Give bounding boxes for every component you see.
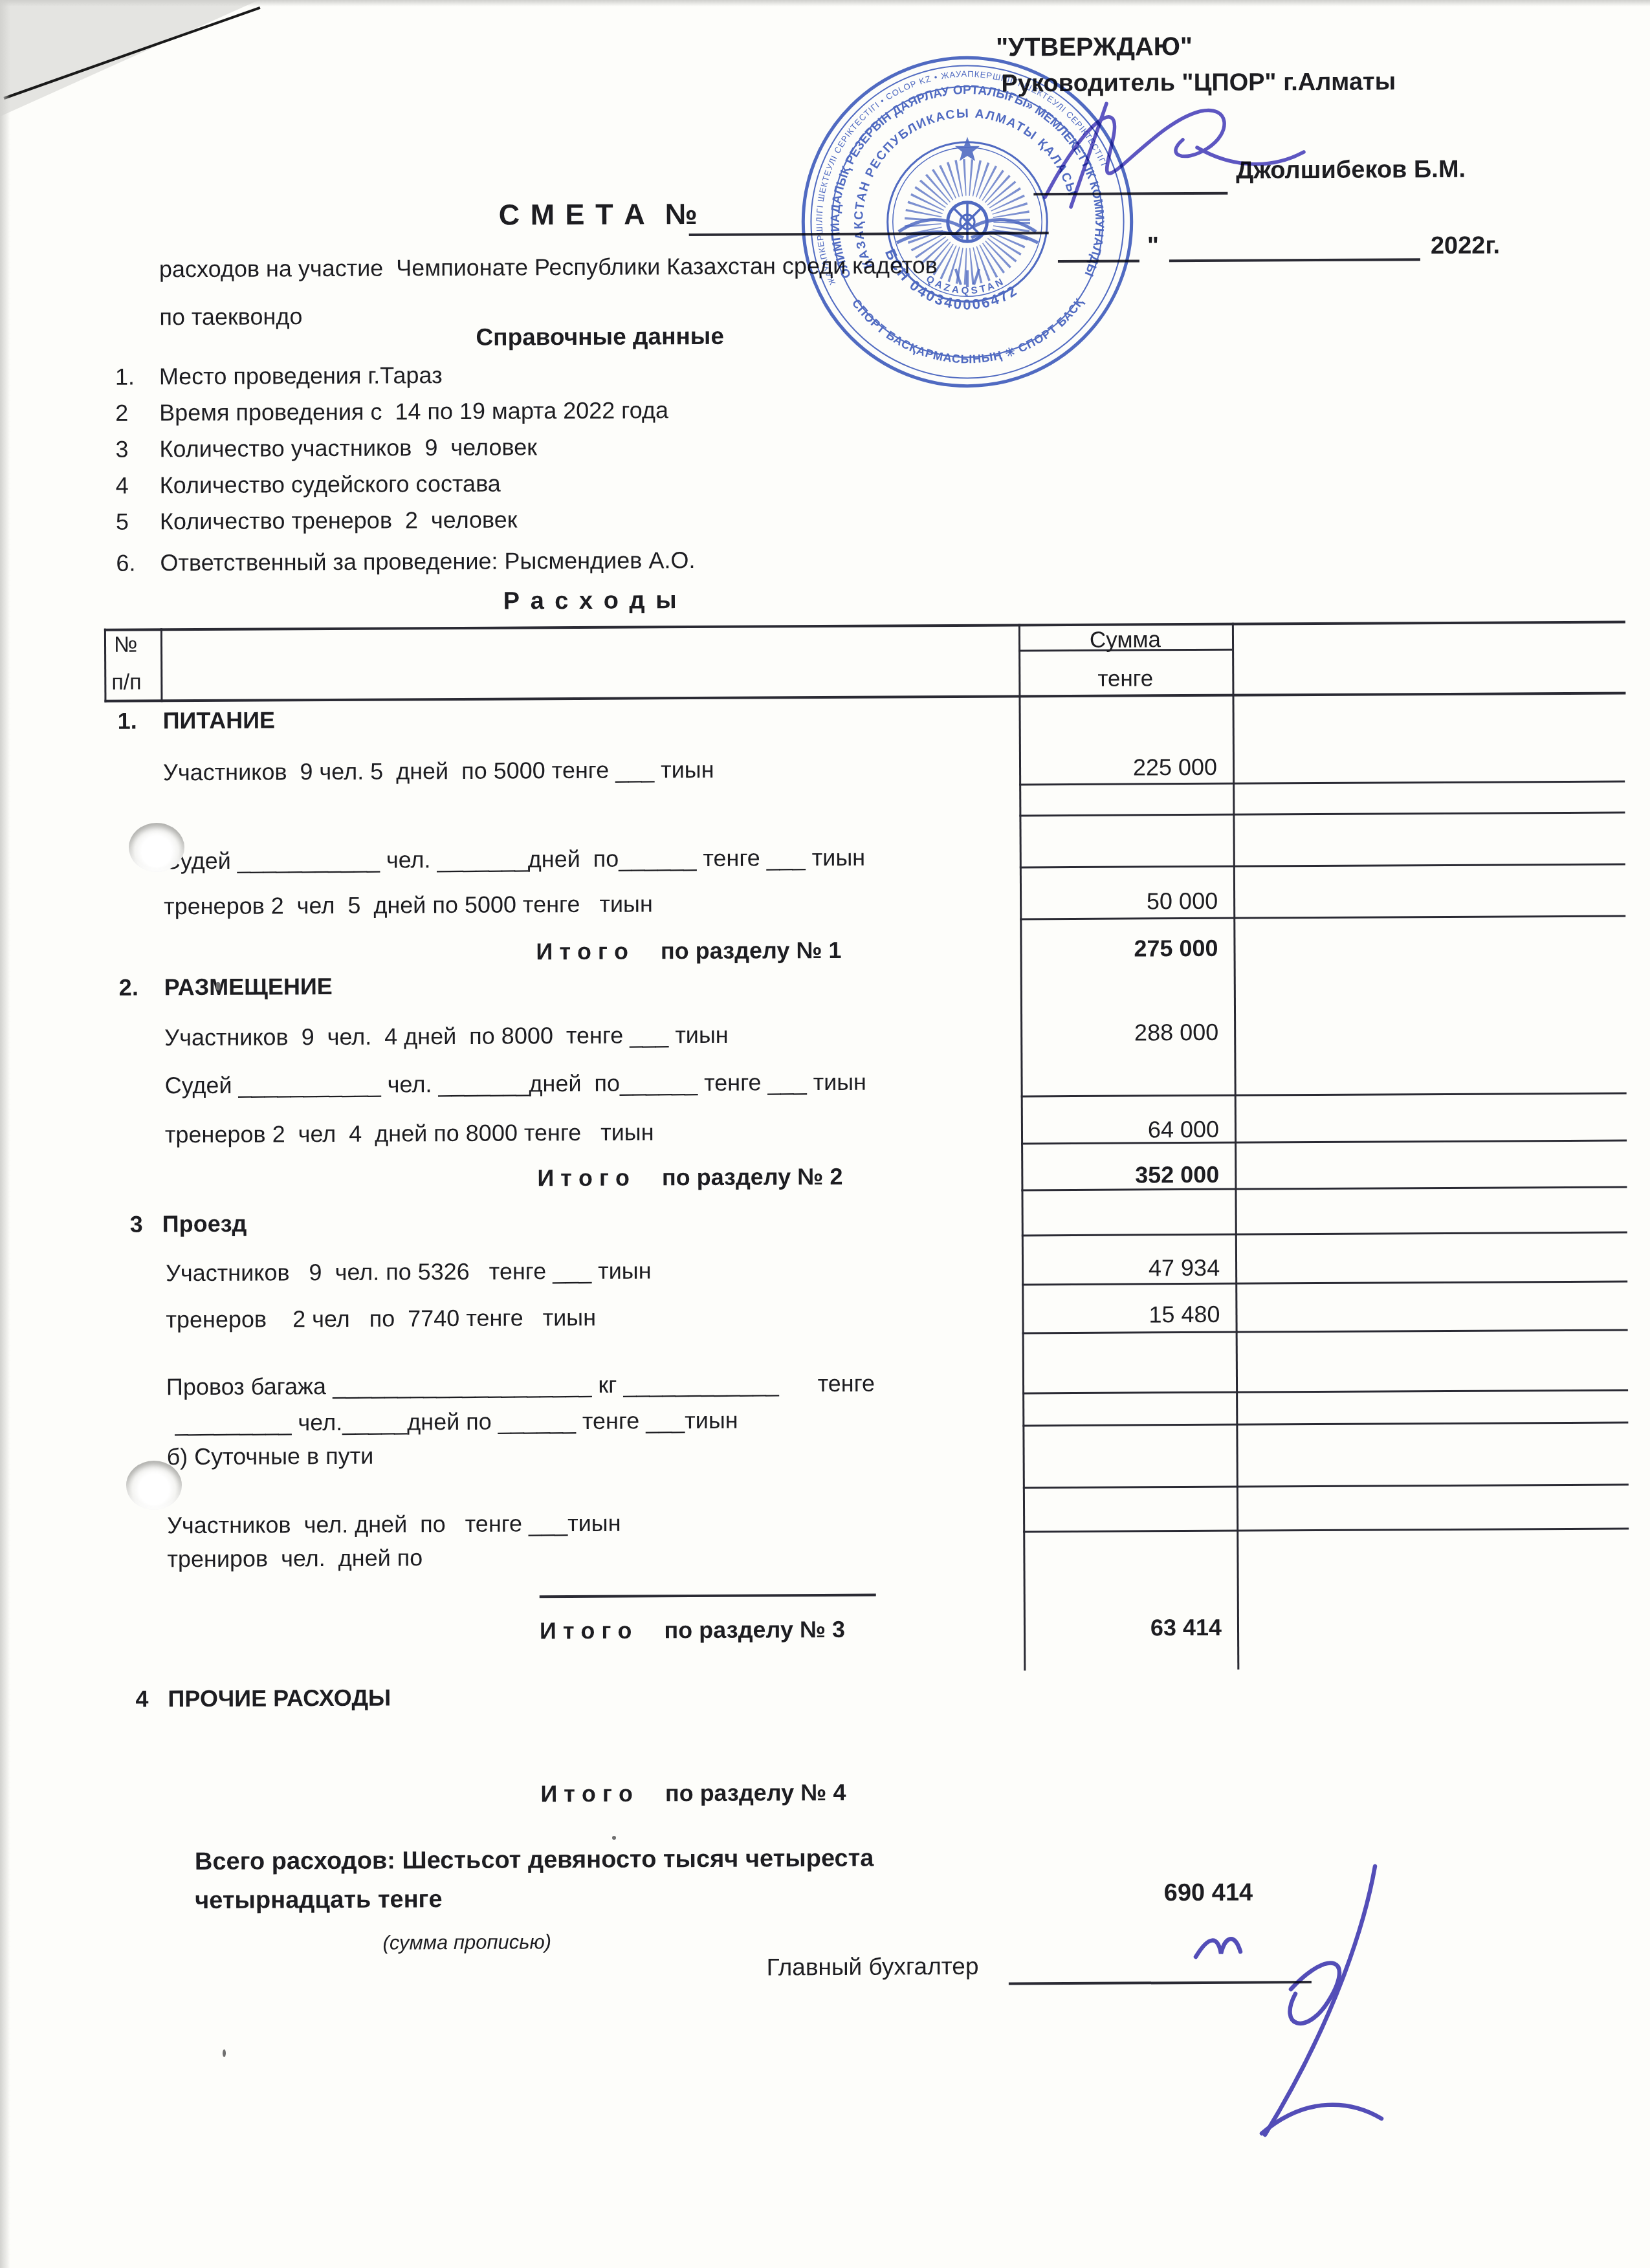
section-row: 1. ПИТАНИЕ [0, 699, 1648, 743]
ref-item-num: 3 [115, 436, 128, 463]
ref-item-num: 5 [116, 508, 129, 535]
table-row: Судей ___________ чел. _______дней по___… [0, 1064, 1650, 1107]
scan-speck [216, 982, 221, 990]
hole-punch [129, 823, 184, 872]
col-header-no2: п/п [111, 670, 141, 695]
row-rule [1019, 812, 1625, 817]
hole-punch [126, 1461, 182, 1510]
section-row: 4 ПРОЧИЕ РАСХОДЫ [3, 1677, 1650, 1721]
pre-subtotal-line [540, 1594, 876, 1598]
reference-heading: Справочные данные [476, 323, 724, 352]
page-title: С М Е Т А № [498, 197, 698, 232]
scan-speck [612, 1836, 616, 1840]
table-row: Участников 9 чел. 4 дней по 8000 тенге _… [0, 1016, 1649, 1060]
col-header-currency: тенге [1018, 666, 1232, 693]
ref-item-num: 1. [115, 364, 135, 391]
approver-signature [1009, 78, 1320, 239]
ref-item-text: Количество судейского состава [160, 470, 501, 499]
amount-in-words-note: (сумма прописью) [382, 1930, 551, 1954]
expenses-heading: Р а с х о д ы [503, 587, 679, 616]
table-vline [160, 628, 163, 702]
table-top-border [104, 621, 1625, 631]
ref-item-text: Количество участников 9 человек [159, 433, 537, 462]
ref-item-num: 4 [116, 472, 129, 499]
table-row: Участников 9 чел. по 5326 тенге ___ тиын… [1, 1252, 1650, 1295]
table-row: тренеров 2 чел по 7740 тенге тиын 15 480 [1, 1298, 1650, 1342]
col-header-no: № [114, 633, 138, 658]
table-row: Судей ___________ чел. _______дней по___… [0, 840, 1649, 883]
subtotal-row: И т о г о по разделу № 4 [3, 1774, 1650, 1818]
grand-total-words-1: Всего расходов: Шестьсот девяносто тысяч… [195, 1845, 874, 1877]
accountant-signature [1158, 1857, 1436, 2148]
ref-item-num: 2 [115, 400, 128, 426]
subtotal-row: И т о г о по разделу № 3 63 414 [3, 1611, 1650, 1655]
table-row: тренеров 2 чел 5 дней по 5000 тенге тиын… [0, 885, 1649, 928]
document-page: "УТВЕРЖДАЮ" Руководитель "ЦПОР" г.Алматы… [0, 0, 1650, 2268]
table-row: тренеров 2 чел 4 дней по 8000 тенге тиын… [0, 1113, 1650, 1157]
section-row: 3 Проезд [1, 1203, 1650, 1246]
date-year: 2022г. [1431, 232, 1500, 261]
scan-speck [223, 2049, 226, 2057]
date-month-line [1169, 258, 1420, 262]
ref-item-num: 6. [116, 550, 135, 577]
ref-item-text: Время проведения с 14 по 19 марта 2022 г… [159, 397, 668, 426]
ref-item-text: Количество тренеров 2 человек [160, 506, 518, 534]
accountant-label: Главный бухгалтер [767, 1953, 979, 1981]
col-header-sum: Сумма [1018, 627, 1232, 654]
table-vline [104, 629, 107, 703]
row-rule [1023, 1484, 1629, 1489]
intro-line-2: по таеквондо [159, 303, 302, 331]
ref-item-text: Ответственный за проведение: Рысмендиев … [160, 547, 695, 576]
grand-total-words-2: четырнадцать тенге [195, 1886, 443, 1915]
subtotal-row: И т о г о по разделу № 2 352 000 [0, 1159, 1650, 1202]
table-row: Участников 9 чел. 5 дней по 5000 тенге _… [0, 751, 1648, 794]
ref-item-text: Место проведения г.Тараз [159, 362, 443, 390]
